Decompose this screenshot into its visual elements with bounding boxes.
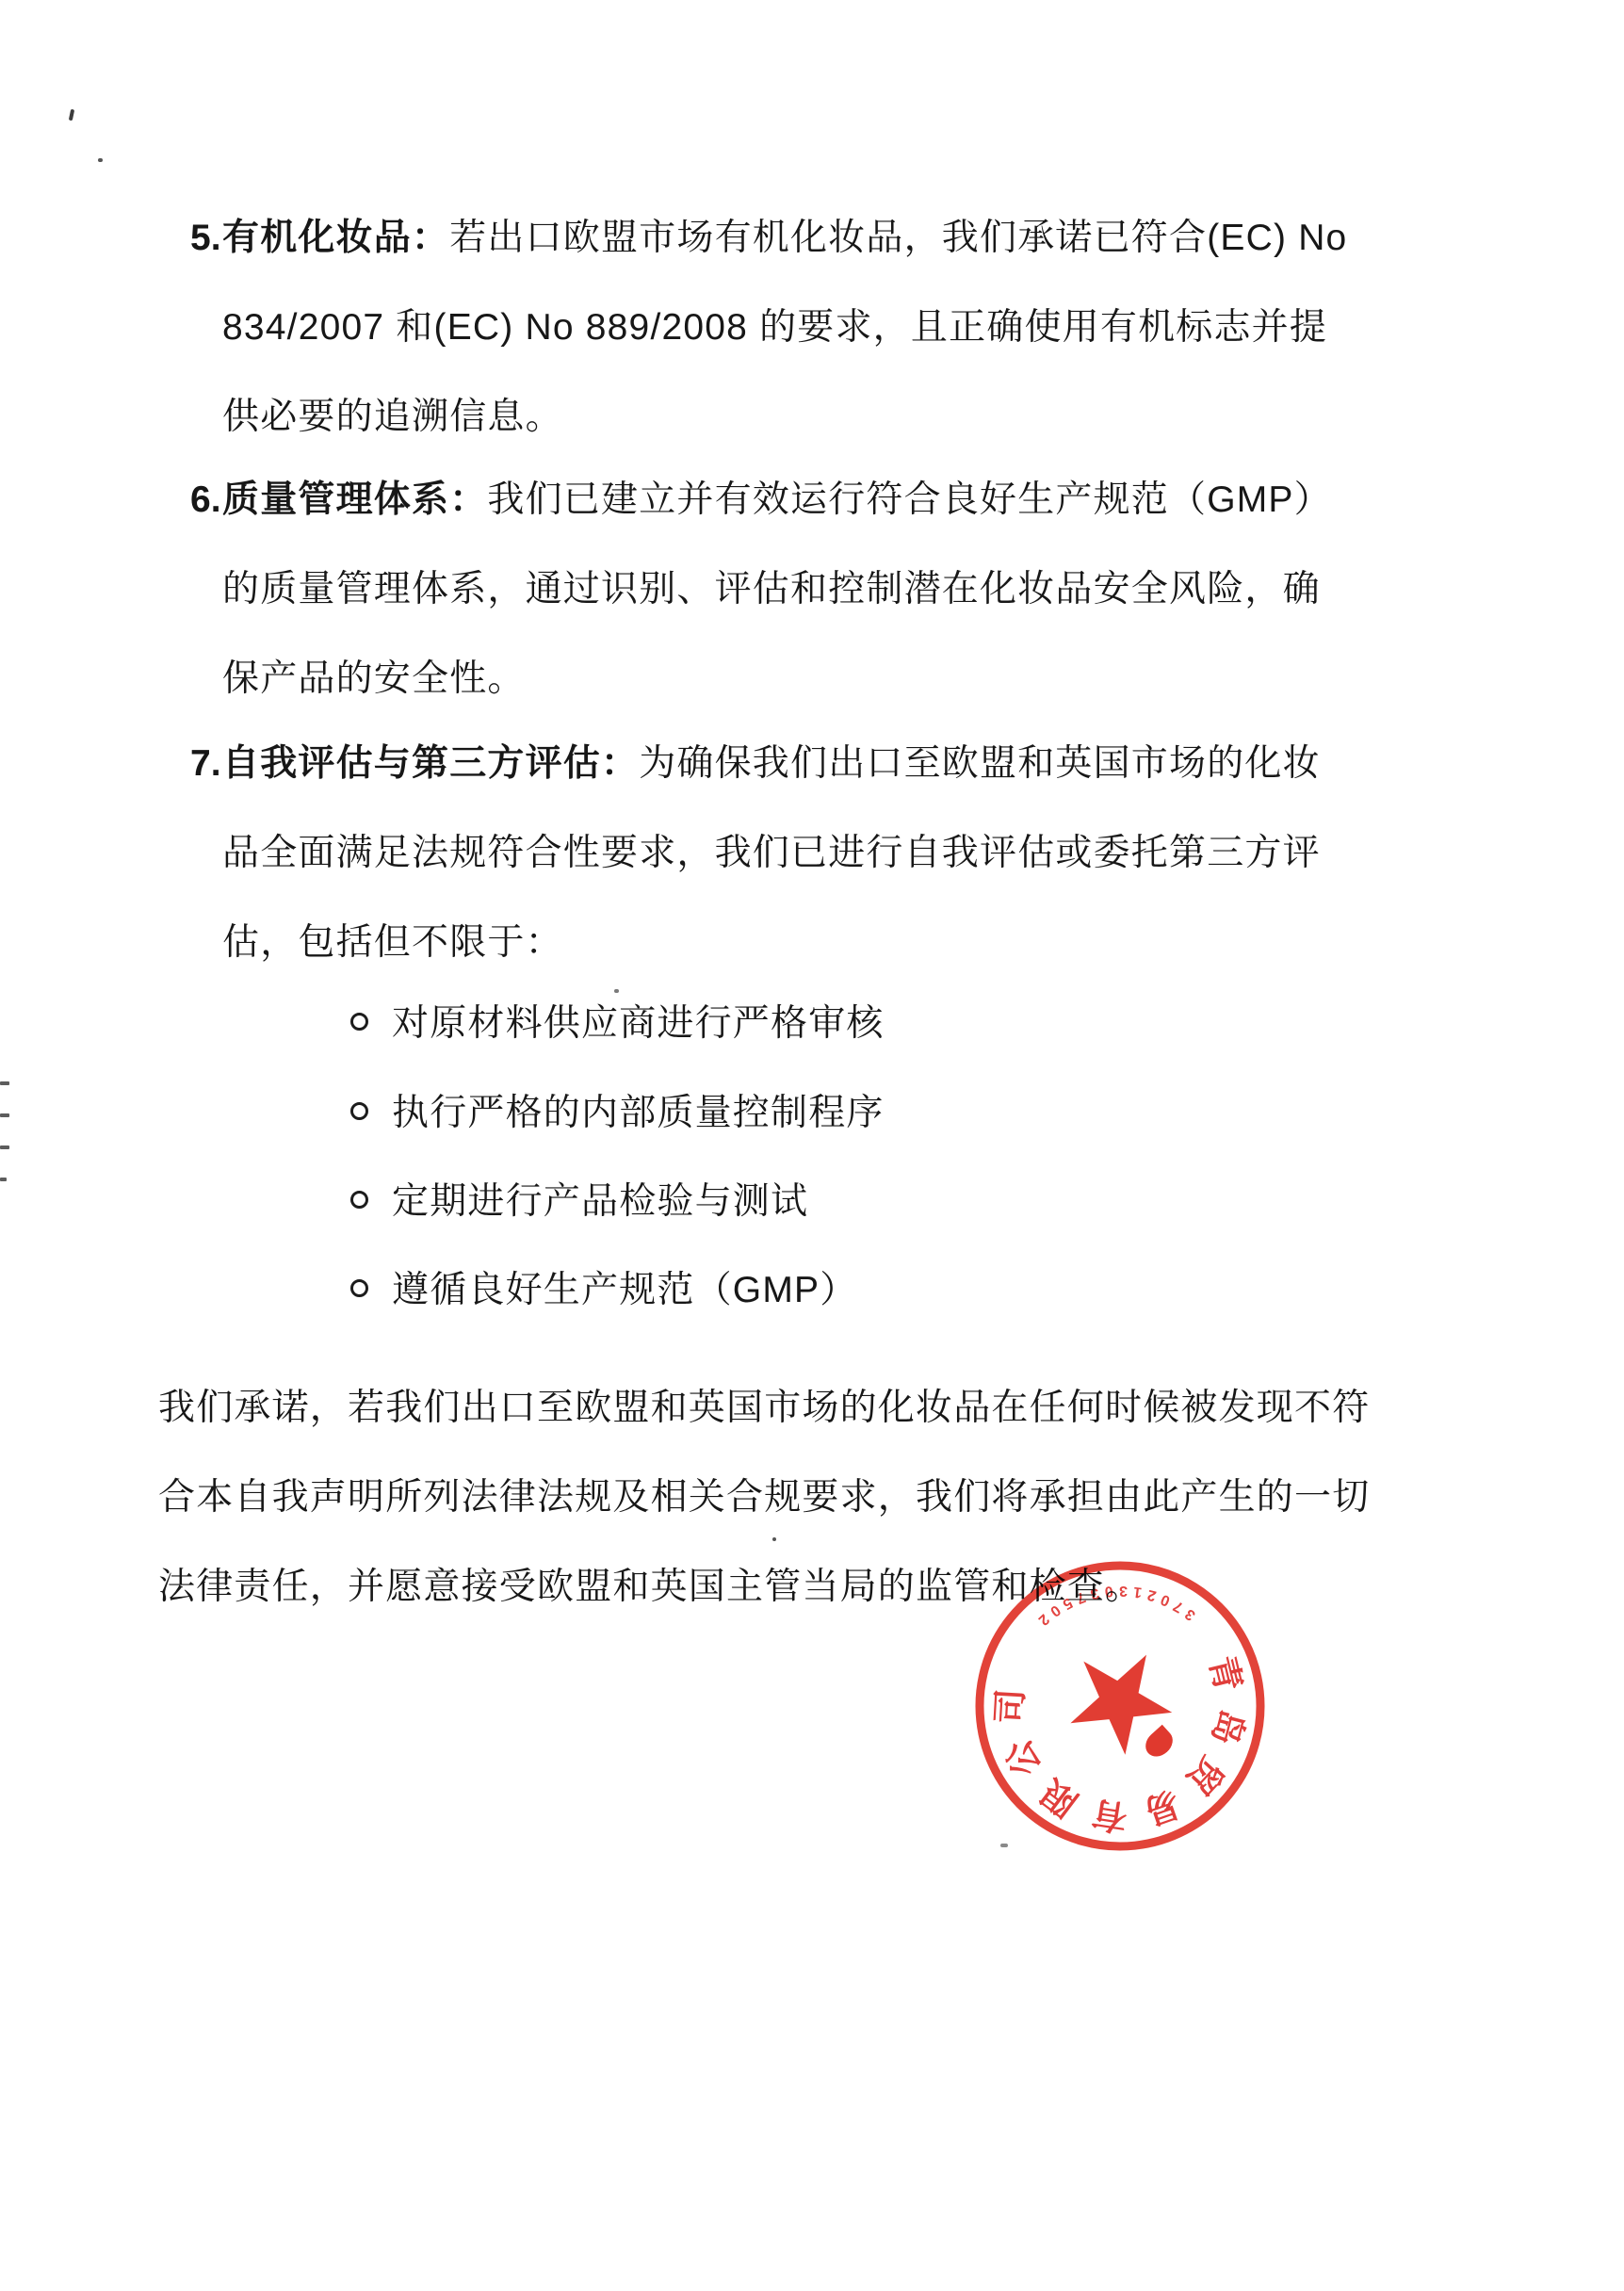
list-item-6-line-3: 保产品的安全性。 (222, 656, 526, 703)
bullet-circle-icon (350, 1279, 368, 1297)
closing-paragraph-line-1: 我们承诺，若我们出口至欧盟和英国市场的化妆品在任何时候被发现不符 (158, 1385, 1370, 1432)
list-item-number: 5. (190, 215, 222, 262)
bullet-text: 遵循良好生产规范（GMP） (392, 1270, 857, 1310)
list-item-text: 我们已建立并有效运行符合良好生产规范（GMP） (487, 479, 1331, 520)
list-item-text: 为确保我们出口至欧盟和英国市场的化妆 (639, 743, 1321, 784)
scan-artifact (0, 1113, 9, 1117)
bullet-item: 定期进行产品检验与测试 (350, 1178, 808, 1226)
company-seal-stamp: 青岛贸易有限公司 370213037502 (968, 1554, 1272, 1858)
bullet-item: 执行严格的内部质量控制程序 (350, 1090, 885, 1137)
list-item-5-line-1: 5.有机化妆品：若出口欧盟市场有机化妆品，我们承诺已符合(EC) No (190, 215, 1347, 262)
scan-artifact (0, 1145, 9, 1149)
list-item-number: 7. (190, 740, 222, 788)
list-item-title: 质量管理体系： (222, 479, 487, 520)
list-item-7-line-2: 品全面满足法规符合性要求，我们已进行自我评估或委托第三方评 (222, 830, 1321, 877)
list-item-5-line-2: 834/2007 和(EC) No 889/2008 的要求，且正确使用有机标志… (222, 304, 1327, 351)
bullet-text: 定期进行产品检验与测试 (392, 1181, 808, 1222)
seal-graphic: 青岛贸易有限公司 370213037502 (968, 1554, 1272, 1858)
list-item-5-line-3: 供必要的追溯信息。 (222, 394, 563, 441)
scan-artifact (614, 989, 619, 993)
list-item-text: 若出口欧盟市场有机化妆品，我们承诺已符合(EC) No (449, 218, 1347, 258)
list-item-number: 6. (190, 477, 222, 524)
bullet-item: 遵循良好生产规范（GMP） (350, 1267, 857, 1314)
list-item-title: 有机化妆品： (222, 218, 449, 258)
bullet-item: 对原材料供应商进行严格审核 (350, 1000, 885, 1048)
scan-artifact (98, 158, 103, 162)
scan-artifact (772, 1537, 776, 1541)
list-item-6-line-2: 的质量管理体系，通过识别、评估和控制潜在化妆品安全风险，确 (222, 566, 1321, 613)
scan-artifact (0, 1081, 9, 1085)
scan-artifact (0, 1178, 7, 1181)
closing-paragraph-line-2: 合本自我声明所列法律法规及相关合规要求，我们将承担由此产生的一切 (158, 1474, 1370, 1521)
bullet-circle-icon (350, 1191, 368, 1209)
list-item-7-line-3: 估，包括但不限于： (222, 919, 563, 967)
bullet-text: 执行严格的内部质量控制程序 (392, 1093, 885, 1133)
bullet-text: 对原材料供应商进行严格审核 (392, 1003, 885, 1044)
scan-artifact (69, 109, 74, 122)
list-item-title: 自我评估与第三方评估： (222, 743, 639, 784)
document-page: 5.有机化妆品：若出口欧盟市场有机化妆品，我们承诺已符合(EC) No 834/… (0, 0, 1624, 2291)
bullet-circle-icon (350, 1102, 368, 1120)
list-item-7-line-1: 7.自我评估与第三方评估：为确保我们出口至欧盟和英国市场的化妆 (190, 740, 1321, 788)
list-item-6-line-1: 6.质量管理体系：我们已建立并有效运行符合良好生产规范（GMP） (190, 477, 1332, 524)
bullet-circle-icon (350, 1013, 368, 1031)
